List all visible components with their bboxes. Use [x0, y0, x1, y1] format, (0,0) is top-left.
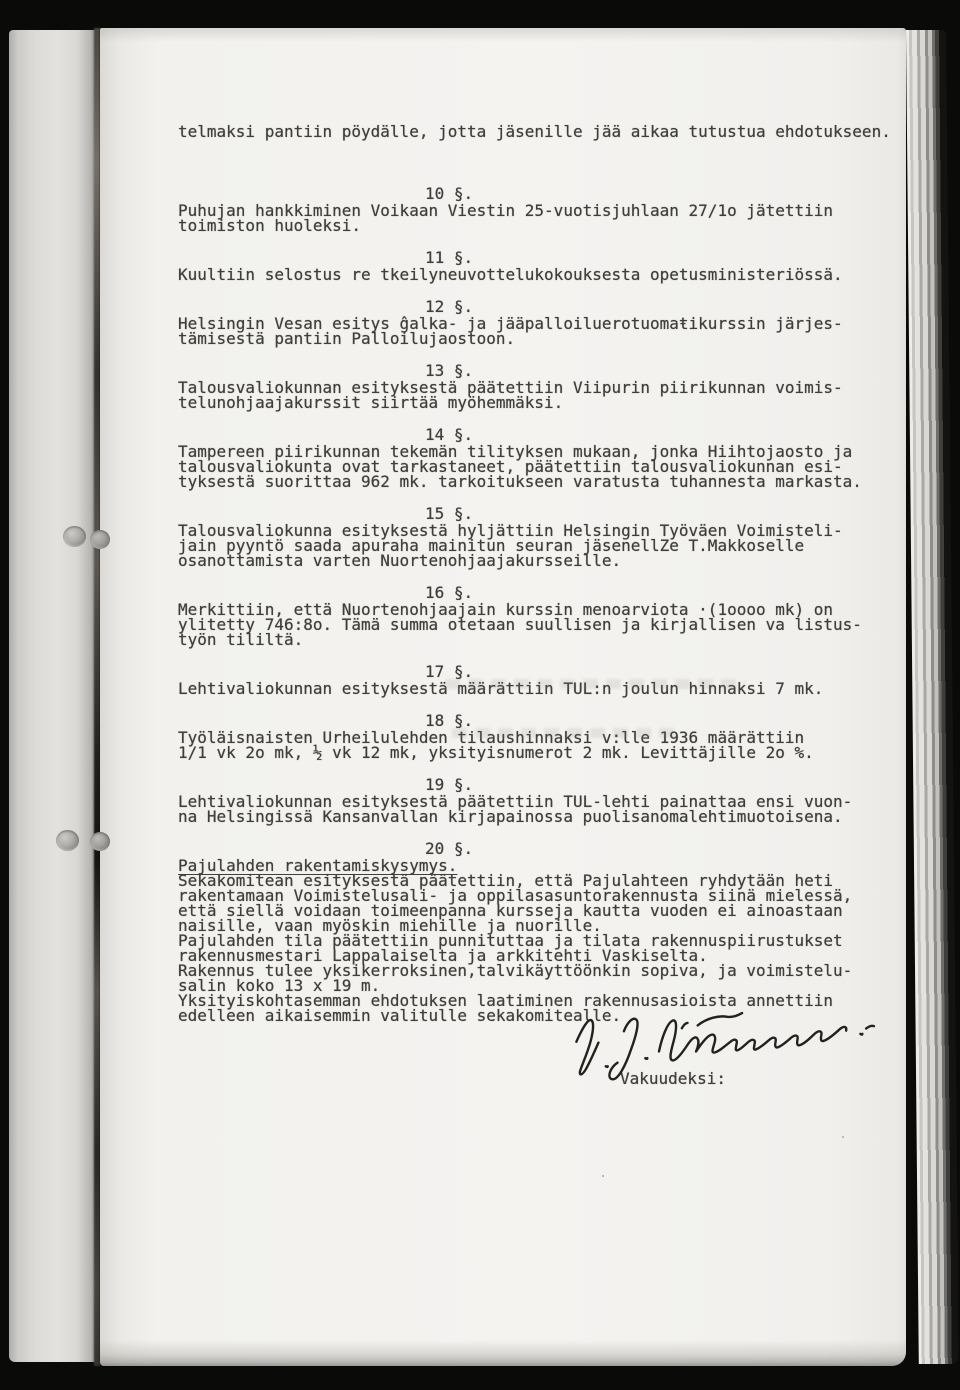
body-line: 1/1 vk 2o mk, ½ vk 12 mk, yksityisnumero… — [178, 745, 920, 760]
section-body: Talousvaliokunnan esityksestä päätettiin… — [178, 380, 920, 410]
minutes-section: 16 §.Merkittiin, että Nuortenohjaajain k… — [178, 585, 920, 647]
binding-hole — [56, 830, 79, 851]
body-line: työn tililtä. — [178, 632, 920, 647]
scanned-minutes-page: telmaksi pantiin pöydälle, jotta jäsenil… — [0, 0, 960, 1390]
minutes-section: 14 §.Tampereen piirikunnan tekemän tilit… — [178, 427, 920, 489]
section-number: 17 §. — [178, 664, 920, 679]
body-line: tyksestä suorittaa 962 mk. tarkoitukseen… — [178, 474, 920, 489]
minutes-section: 19 §.Lehtivaliokunnan esityksestä päätet… — [178, 777, 920, 824]
section-number: 16 §. — [178, 585, 920, 600]
binding-hole — [90, 530, 110, 549]
binding-hole — [90, 832, 110, 851]
dust-speck — [602, 1175, 604, 1177]
body-line: telunohjaajakurssit siirtää myöhemmäksi. — [178, 395, 920, 410]
body-line: toimiston huoleksi. — [178, 218, 920, 233]
body-line: Kuultiin selostus re tkeilyneuvottelukok… — [178, 267, 920, 282]
minutes-section: 12 §.Helsingin Vesan esitys ĝalka- ja jä… — [178, 299, 920, 346]
section-body: Tampereen piirikunnan tekemän tilityksen… — [178, 444, 920, 489]
section-number: 10 §. — [178, 186, 920, 201]
minutes-section: 11 §.Kuultiin selostus re tkeilyneuvotte… — [178, 250, 920, 282]
section-body: Talousvaliokunna esityksestä hyljättiin … — [178, 523, 920, 568]
page-stack-edges — [906, 30, 959, 1364]
dust-speck — [842, 1136, 844, 1138]
continuation-line: telmaksi pantiin pöydälle, jotta jäsenil… — [178, 124, 920, 139]
dust-speck — [412, 465, 415, 468]
section-number: 14 §. — [178, 427, 920, 442]
section-number: 15 §. — [178, 506, 920, 521]
section-number: 11 §. — [178, 250, 920, 265]
section-body: Pajulahden rakentamiskysymys.Sekakomitea… — [178, 858, 920, 1023]
minutes-section: 10 §.Puhujan hankkiminen Voikaan Viestin… — [178, 186, 920, 233]
sections-container: 10 §.Puhujan hankkiminen Voikaan Viestin… — [178, 186, 920, 1023]
body-line: na Helsingissä Kansanvallan kirjapainoss… — [178, 809, 920, 824]
section-number: 19 §. — [178, 777, 920, 792]
section-body: Helsingin Vesan esitys ĝalka- ja jääpall… — [178, 316, 920, 346]
section-number: 18 §. — [178, 713, 920, 728]
body-line: tämisestä pantiin Palloilujaostoon. — [178, 331, 920, 346]
section-number: 20 §. — [178, 841, 920, 856]
section-number: 12 §. — [178, 299, 920, 314]
section-body: Puhujan hankkiminen Voikaan Viestin 25-v… — [178, 203, 920, 233]
bleed-through-ghost — [445, 679, 745, 689]
minutes-section: 20 §.Pajulahden rakentamiskysymys.Sekako… — [178, 841, 920, 1023]
binding-hole — [63, 526, 86, 547]
document-page: telmaksi pantiin pöydälle, jotta jäsenil… — [100, 28, 906, 1366]
section-body: Merkittiin, että Nuortenohjaajain kurssi… — [178, 602, 920, 647]
underlying-page-edge — [9, 30, 96, 1362]
minutes-section: 13 §.Talousvaliokunnan esityksestä pääte… — [178, 363, 920, 410]
minutes-section: 15 §.Talousvaliokunna esityksestä hyljät… — [178, 506, 920, 568]
section-body: Kuultiin selostus re tkeilyneuvottelukok… — [178, 267, 920, 282]
typewritten-text: telmaksi pantiin pöydälle, jotta jäsenil… — [178, 94, 920, 1116]
section-body: Lehtivaliokunnan esityksestä päätettiin … — [178, 794, 920, 824]
signature-handwriting — [555, 1000, 895, 1100]
section-number: 13 §. — [178, 363, 920, 378]
body-line: osanottamista varten Nuortenohjaajakurss… — [178, 553, 920, 568]
bleed-through-ghost — [452, 728, 680, 738]
